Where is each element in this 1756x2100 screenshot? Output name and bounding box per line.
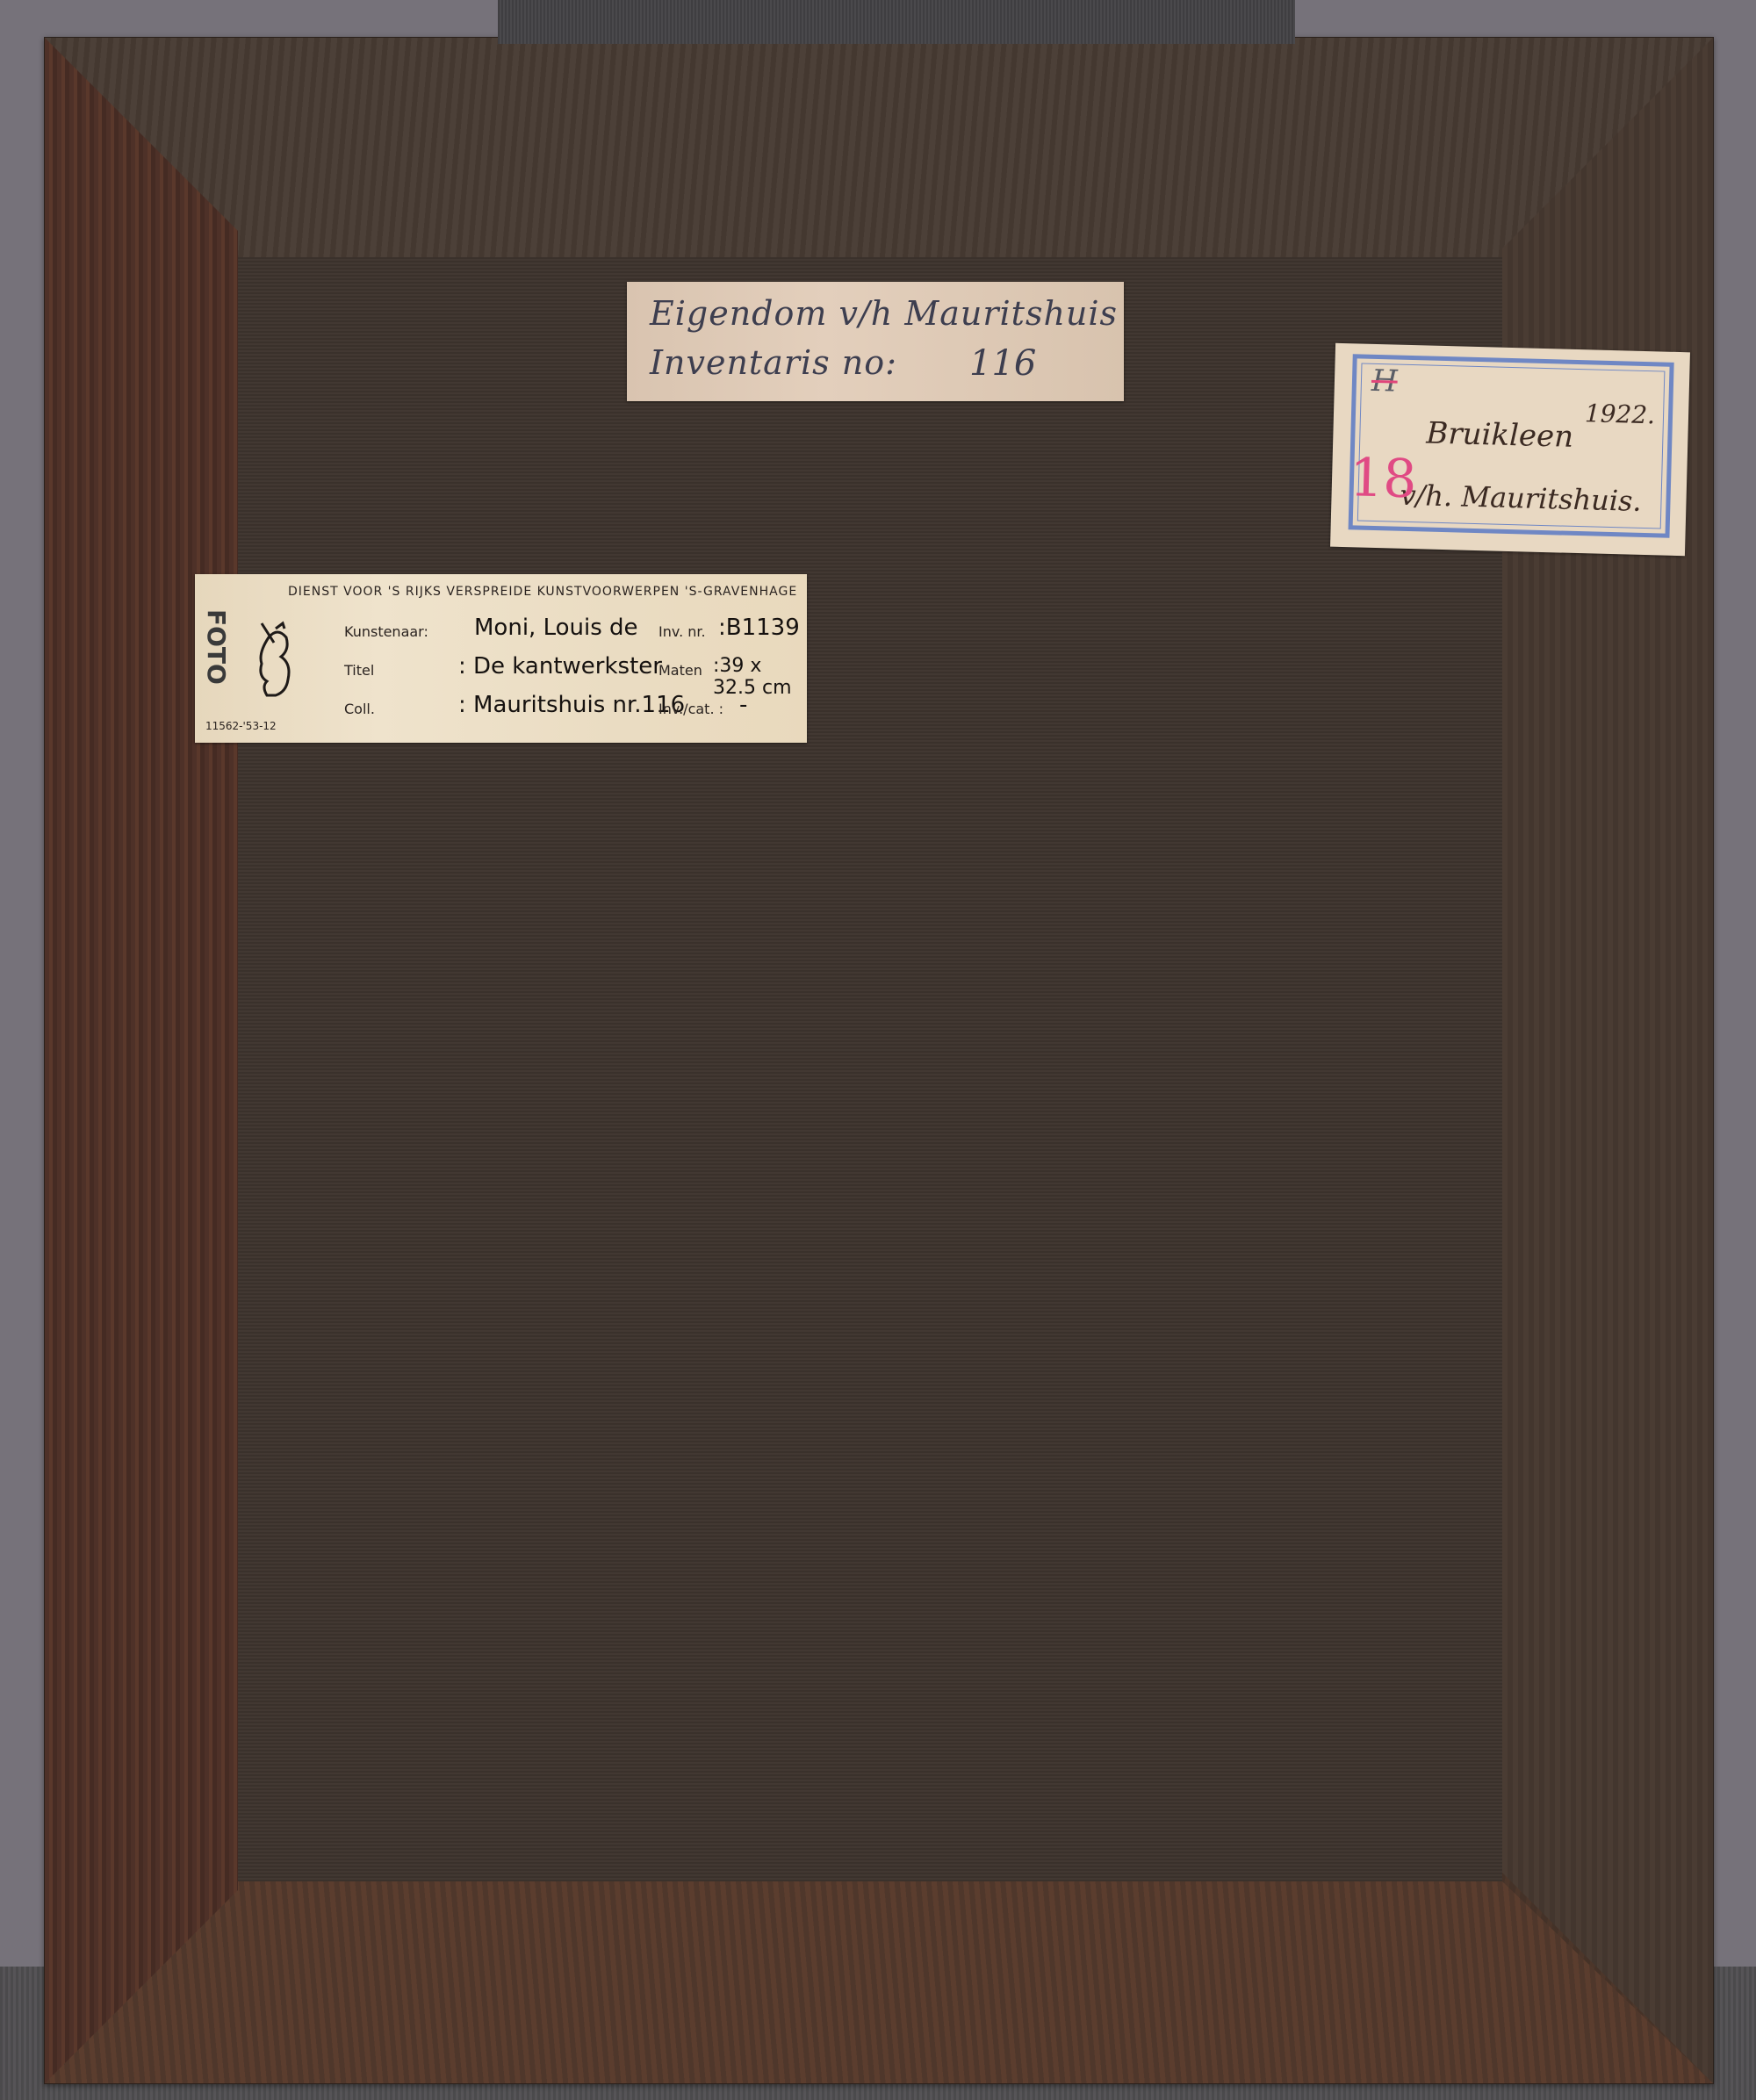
panel-center-field [238,257,1502,1881]
loan-text: Bruikleen [1426,415,1574,454]
inv-cat-label: Inv./cat. : [658,701,723,717]
inventory-line: Inventaris no: [650,343,897,382]
agency-header: DIENST VOOR 'S RIJKS VERSPREIDE KUNSTVOO… [288,585,797,599]
collection-value: : Mauritshuis nr.116 [458,692,685,718]
dutch-lion-icon [249,620,302,704]
collection-label: Coll. [344,701,375,717]
ownership-label: Eigendom v/h Mauritshuis Inventaris no: … [627,282,1124,401]
loan-label: H 1922. Bruikleen v/h. Mauritshuis. 18 [1330,343,1690,556]
print-code: 11562-'53-12 [205,720,277,732]
loan-source: v/h. Mauritshuis. [1400,478,1642,518]
inventory-number: 116 [969,343,1036,384]
panel-bevel-right [1502,38,1713,2083]
panel-bevel-bottom [45,1881,1713,2083]
inv-nr-label: Inv. nr. [658,623,706,640]
title-label: Titel [344,662,374,679]
foto-stamp: FOTO [202,609,231,685]
inv-nr-value: :B1139 [718,615,800,641]
foam-support-block [498,0,1295,44]
loan-year: 1922. [1585,399,1656,429]
title-value: : De kantwerkster [458,653,662,680]
crossed-out-mark: H [1371,363,1398,399]
panel-bevel-top [45,38,1713,257]
dimensions-label: Maten [658,662,702,679]
artist-label: Kunstenaar: [344,623,428,640]
rijksdienst-label: FOTO DIENST VOOR 'S RIJKS VERSPREIDE KUN… [195,574,807,743]
inv-cat-value: - [739,692,747,718]
pink-crayon-number: 18 [1349,447,1417,510]
dimensions-value: :39 x 32.5 cm [713,655,807,699]
artist-value: Moni, Louis de [474,615,638,641]
ownership-line: Eigendom v/h Mauritshuis [650,294,1118,333]
panel-bevel-left [45,38,238,2083]
